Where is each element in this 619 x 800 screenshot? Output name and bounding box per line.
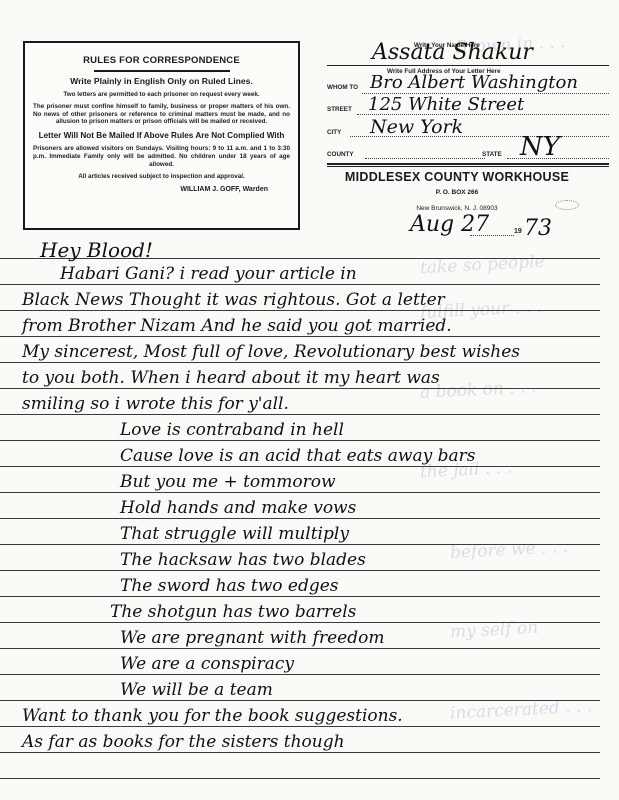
rules-title: RULES FOR CORRESPONDENCE xyxy=(25,55,298,66)
letter-line: We will be a team xyxy=(120,680,273,700)
ruled-line xyxy=(0,310,600,311)
rules-warning: Letter Will Not Be Mailed If Above Rules… xyxy=(33,131,290,141)
ruled-line xyxy=(0,622,600,623)
letter-line: The hacksaw has two blades xyxy=(120,550,366,570)
institution-name: MIDDLESEX COUNTY WORKHOUSE xyxy=(327,170,587,184)
ruled-line xyxy=(0,674,600,675)
letter-line: Cause love is an acid that eats away bar… xyxy=(120,446,475,466)
date-year-prefix: 19 xyxy=(514,228,522,235)
letter-line: Black News Thought it was rightous. Got … xyxy=(22,290,445,310)
letter-line: to you both. When i heard about it my he… xyxy=(22,368,440,388)
state-label: STATE xyxy=(482,151,502,158)
union-label-emblem xyxy=(555,200,579,210)
ruled-line xyxy=(0,362,600,363)
ruled-line xyxy=(0,336,600,337)
state-value: NY xyxy=(520,132,560,162)
ruled-line xyxy=(0,778,600,779)
institution-city: New Brunswick, N. J. 08903 xyxy=(327,205,587,212)
letter-line: The sword has two edges xyxy=(120,576,339,596)
letter-line: My sincerest, Most full of love, Revolut… xyxy=(22,342,520,362)
ruled-line xyxy=(0,700,600,701)
letter-line: Love is contraband in hell xyxy=(120,420,344,440)
county-label: COUNTY xyxy=(327,151,354,158)
rule-visiting-hours: Prisoners are allowed visitors on Sunday… xyxy=(33,145,290,168)
header-divider-top xyxy=(327,163,609,165)
letter-line: That struggle will multiply xyxy=(120,524,349,544)
rule-confine-matters: The prisoner must confine himself to fam… xyxy=(33,103,290,126)
letter-line: smiling so i wrote this for y'all. xyxy=(22,394,289,414)
city-value: New York xyxy=(370,116,463,138)
date-line xyxy=(470,235,514,236)
ruled-line xyxy=(0,596,600,597)
sender-name: Assata Shakur xyxy=(372,40,533,65)
ruled-line xyxy=(0,544,600,545)
rules-title-underline xyxy=(94,70,230,72)
recipient-name: Bro Albert Washington xyxy=(370,72,578,93)
ruled-line xyxy=(0,414,600,415)
warden-signature: WILLIAM J. GOFF, Warden xyxy=(25,186,268,193)
letter-line: Want to thank you for the book suggestio… xyxy=(22,706,403,726)
letter-line: Hey Blood! xyxy=(40,238,153,262)
ruled-line xyxy=(0,518,600,519)
ruled-line xyxy=(0,726,600,727)
ruled-line xyxy=(0,492,600,493)
letter-date: Aug 27 xyxy=(410,212,489,237)
ruled-line xyxy=(0,648,600,649)
letter-line: Hold hands and make vows xyxy=(120,498,356,518)
letter-line: As far as books for the sisters though xyxy=(22,732,345,752)
header-divider-bottom xyxy=(327,166,609,167)
institution-po-box: P. O. BOX 266 xyxy=(327,189,587,196)
ruled-line xyxy=(0,388,600,389)
street-value: 125 White Street xyxy=(368,94,524,115)
county-line xyxy=(365,158,485,159)
letter-line: We are pregnant with freedom xyxy=(120,628,384,648)
ruled-line xyxy=(0,570,600,571)
ruled-line xyxy=(0,440,600,441)
rules-for-correspondence-box: RULES FOR CORRESPONDENCE Write Plainly i… xyxy=(23,41,300,230)
name-line xyxy=(327,65,609,66)
rule-letters-per-week: Two letters are permitted to each prison… xyxy=(33,91,290,99)
date-year: 73 xyxy=(524,216,552,241)
rules-subtitle: Write Plainly in English Only on Ruled L… xyxy=(25,76,298,86)
letter-line: The shotgun has two barrels xyxy=(110,602,356,622)
letter-line: We are a conspiracy xyxy=(120,654,294,674)
city-label: CITY xyxy=(327,129,341,136)
whom-to-label: WHOM TO xyxy=(327,84,358,91)
letter-line: But you me + tommorow xyxy=(120,472,336,492)
street-label: STREET xyxy=(327,106,352,113)
ruled-line xyxy=(0,466,600,467)
letter-line: from Brother Nizam And he said you got m… xyxy=(22,316,452,336)
ruled-line xyxy=(0,284,600,285)
rule-inspection: All articles received subject to inspect… xyxy=(33,173,290,181)
letter-line: Habari Gani? i read your article in xyxy=(60,264,357,284)
ruled-line xyxy=(0,752,600,753)
